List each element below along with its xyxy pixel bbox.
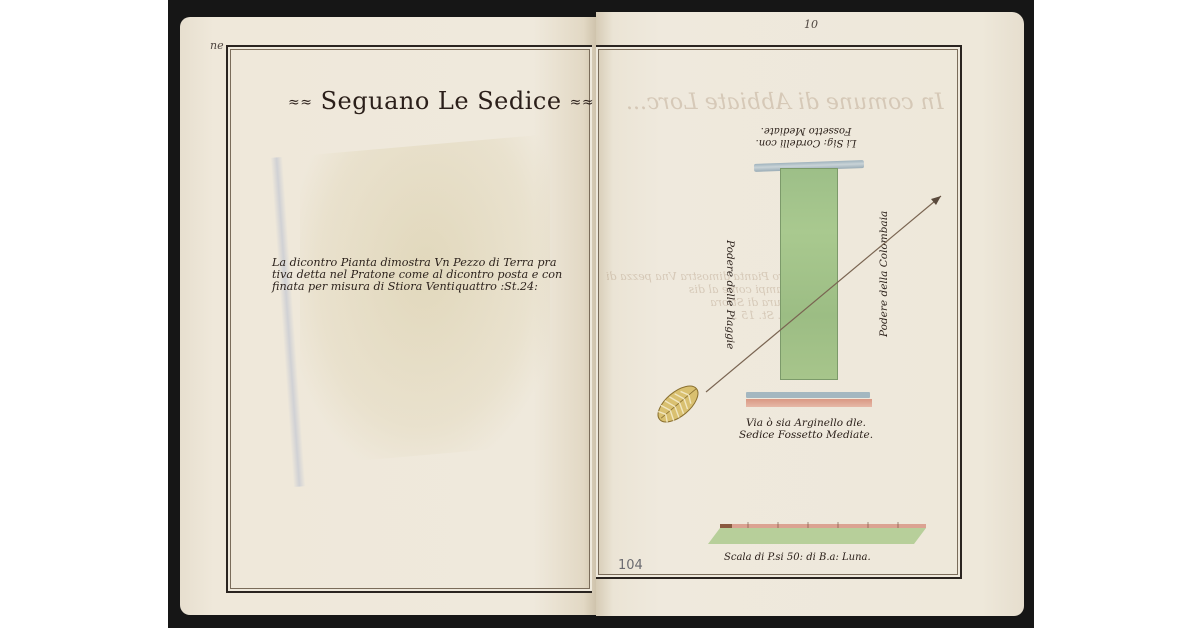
scale-label: Scala di P.si 50: di B.a: Luna. — [724, 552, 871, 563]
pencil-page-number: 104 — [618, 558, 643, 573]
description-paragraph: La dicontro Pianta dimostra Vn Pezzo di … — [272, 257, 572, 293]
paragraph-line: finata per misura di Stiora Ventiquattro… — [272, 281, 572, 293]
map-label-bottom: Via ò sia Arginello dle. Sedice Fossetto… — [736, 417, 876, 441]
ornament-left: ≈≈ — [288, 95, 312, 111]
label-line: Via ò sia Arginello dle. — [736, 417, 876, 429]
label-line: Sedice Fossetto Mediate. — [736, 429, 876, 441]
left-page: ne ≈≈ Seguano Le Sedice ≈≈ La dicontro P… — [180, 17, 596, 615]
offset-stain — [300, 134, 550, 466]
right-page: 10 In comune di Abbiate Lorc... La dicon… — [596, 12, 1024, 616]
folio-mark: ne — [210, 39, 224, 52]
heading-text: Seguano Le Sedice — [321, 87, 562, 115]
scale-bar — [708, 522, 928, 546]
page-heading: ≈≈ Seguano Le Sedice ≈≈ — [288, 87, 594, 115]
ornament-right: ≈≈ — [570, 95, 594, 111]
